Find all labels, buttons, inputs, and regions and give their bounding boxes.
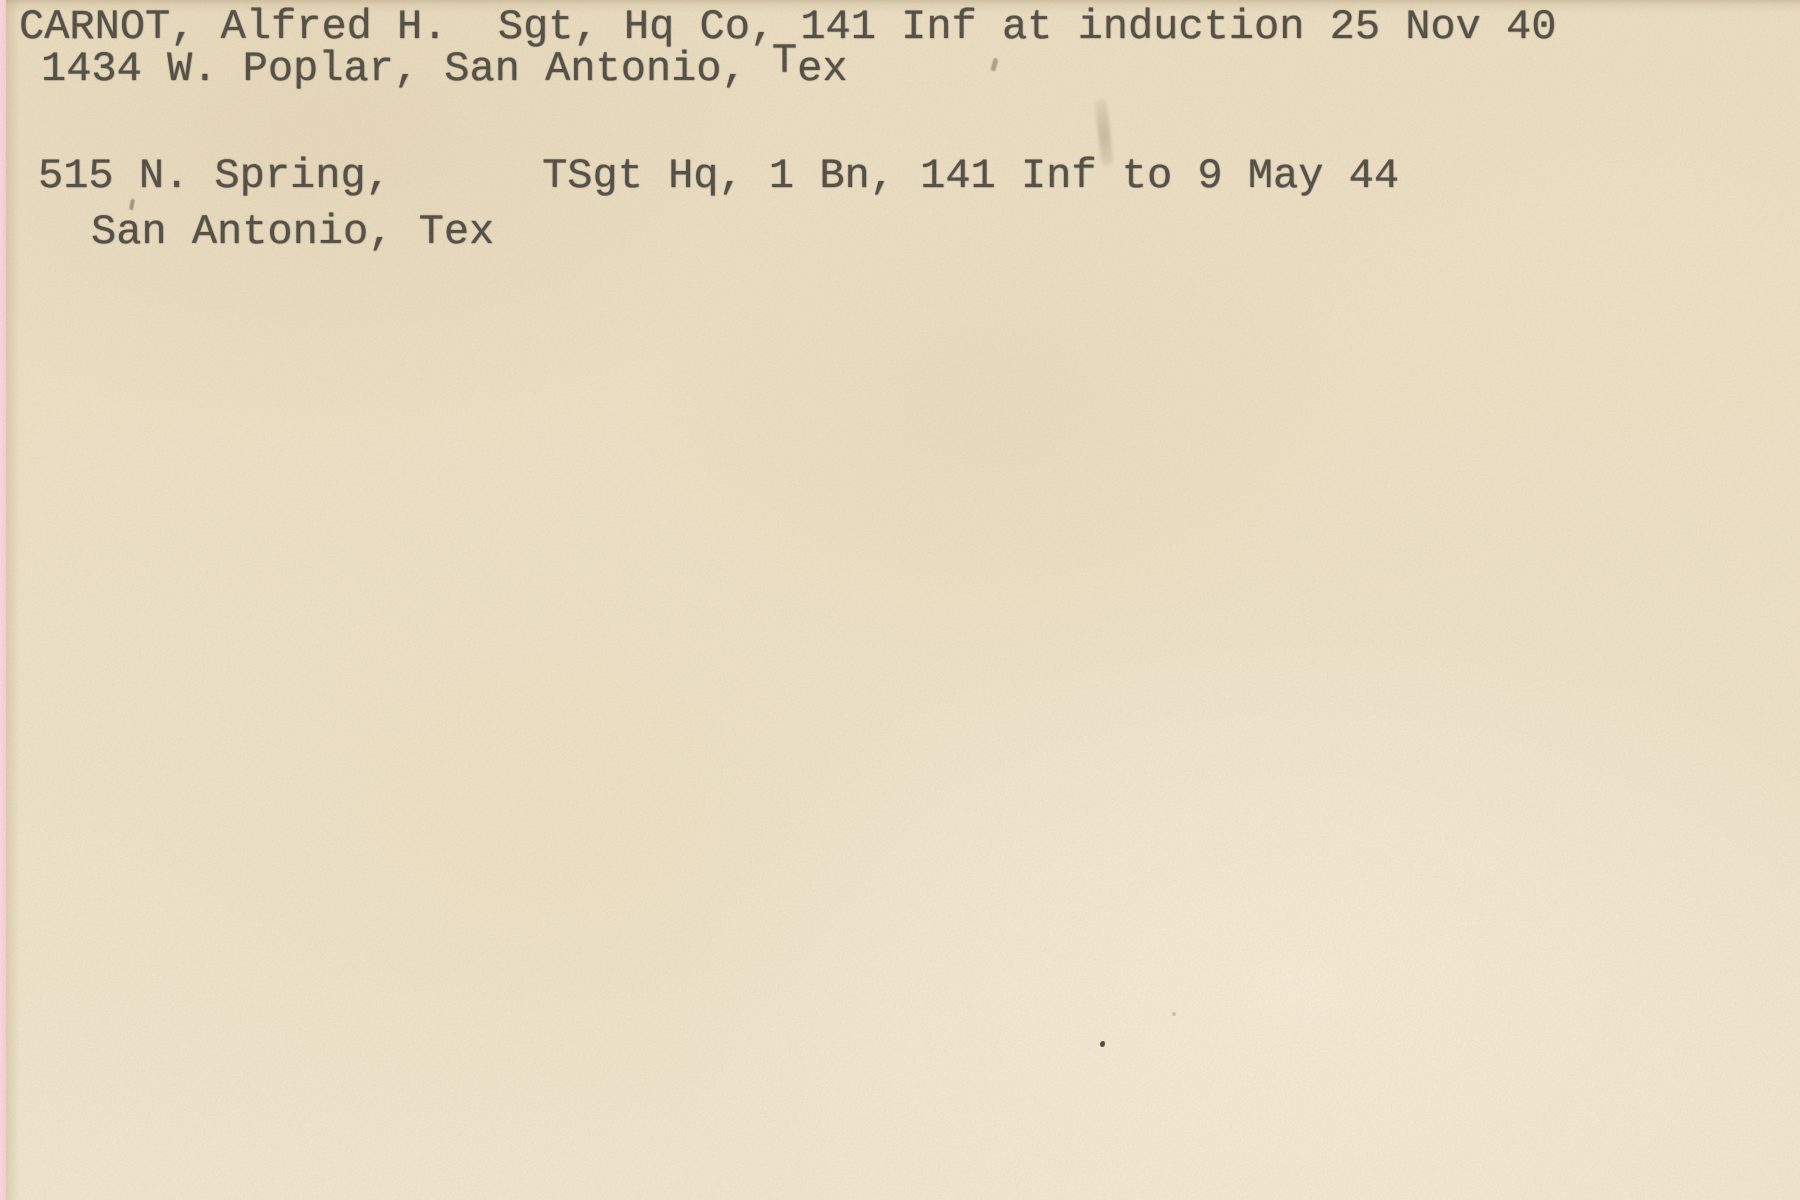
ink-mark-apostrophe: [991, 58, 999, 72]
index-card-scan: CARNOT, Alfred H. Sgt, Hq Co, 141 Inf at…: [0, 0, 1800, 1200]
raised-capital-t: T: [772, 40, 797, 82]
paper-speck-faint: [1172, 1012, 1176, 1016]
typed-line-address-1: 1434 W. Poplar, San Antonio, Tex: [41, 48, 848, 90]
address-1-text: 1434 W. Poplar, San Antonio,: [41, 45, 772, 93]
typed-line-address-2: San Antonio, Tex: [91, 211, 494, 253]
paper-speck: [1100, 1041, 1105, 1047]
typed-line-entry-promotion: 515 N. Spring, TSgt Hq, 1 Bn, 141 Inf to…: [38, 155, 1399, 197]
card-paper: CARNOT, Alfred H. Sgt, Hq Co, 141 Inf at…: [6, 0, 1800, 1200]
address-1-text-end: ex: [797, 45, 847, 93]
